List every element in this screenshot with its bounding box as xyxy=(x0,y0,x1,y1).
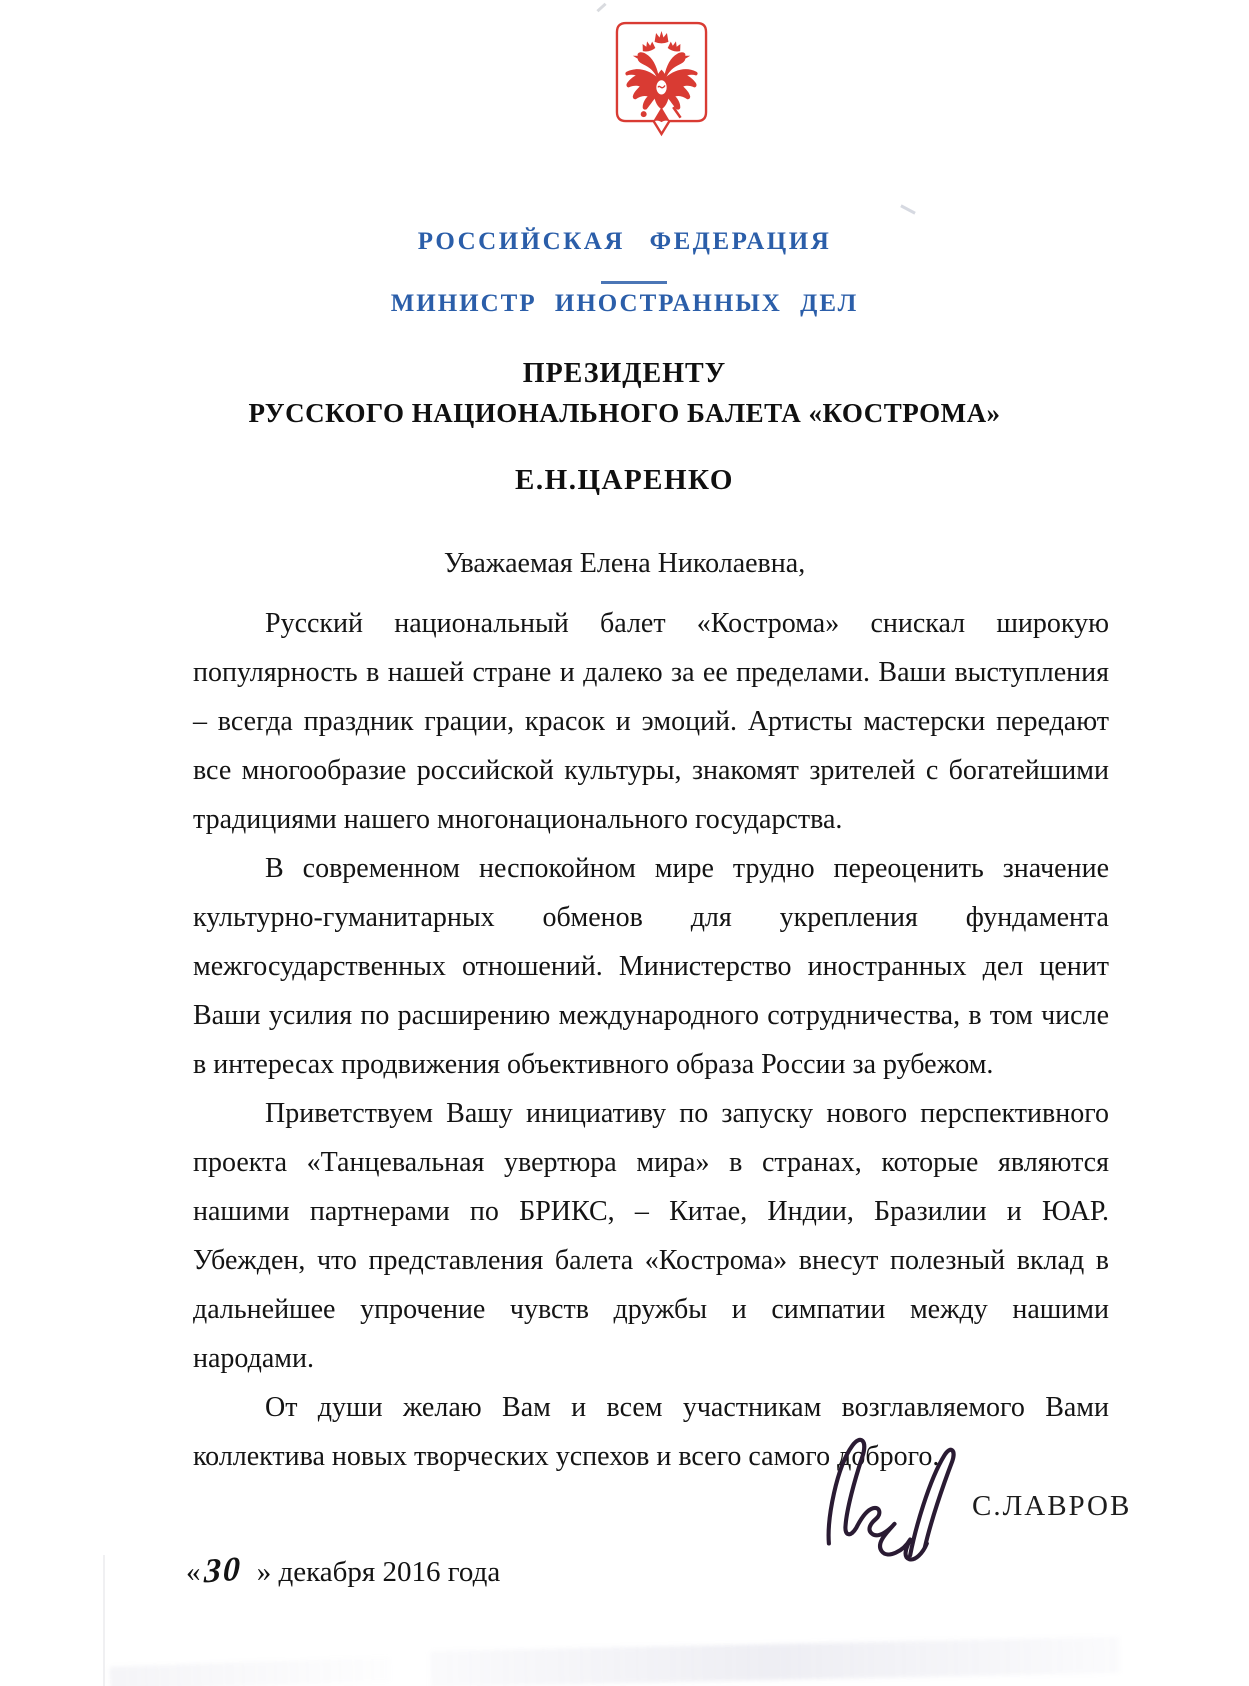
scan-tick-mark xyxy=(900,204,916,214)
date-opening-quote: « xyxy=(186,1556,201,1588)
signature-scrawl-icon xyxy=(808,1424,980,1566)
date-line: «30 » декабря 2016 года xyxy=(186,1552,500,1590)
header-country: РОССИЙСКАЯ ФЕДЕРАЦИЯ xyxy=(0,228,1249,256)
russia-coat-of-arms-icon xyxy=(613,20,710,141)
header-minister: МИНИСТР ИНОСТРАННЫХ ДЕЛ xyxy=(0,290,1249,318)
scan-smudge xyxy=(110,1657,391,1686)
addressee-name: Е.Н.ЦАРЕНКО xyxy=(0,464,1249,497)
scan-edge-line xyxy=(103,1555,105,1686)
letter-page: РОССИЙСКАЯ ФЕДЕРАЦИЯ МИНИСТР ИНОСТРАННЫХ… xyxy=(0,0,1249,1686)
letter-body: Русский национальный балет «Кострома» сн… xyxy=(193,599,1109,1481)
paragraph-1: Русский национальный балет «Кострома» сн… xyxy=(193,599,1109,844)
header-divider xyxy=(601,281,667,284)
date-rest: » декабря 2016 года xyxy=(250,1556,501,1588)
scan-tick-mark xyxy=(596,3,606,13)
addressee-title: ПРЕЗИДЕНТУ xyxy=(0,358,1249,390)
date-day-handwritten: 30 xyxy=(203,1551,242,1592)
salutation: Уважаемая Елена Николаевна, xyxy=(0,548,1249,580)
paragraph-2: В современном неспокойном мире трудно пе… xyxy=(193,844,1109,1089)
signatory-name: С.ЛАВРОВ xyxy=(972,1490,1131,1523)
paragraph-3: Приветствуем Вашу инициативу по запуску … xyxy=(193,1089,1109,1383)
scan-smudge xyxy=(430,1637,1121,1686)
addressee-organization: РУССКОГО НАЦИОНАЛЬНОГО БАЛЕТА «КОСТРОМА» xyxy=(0,398,1249,429)
